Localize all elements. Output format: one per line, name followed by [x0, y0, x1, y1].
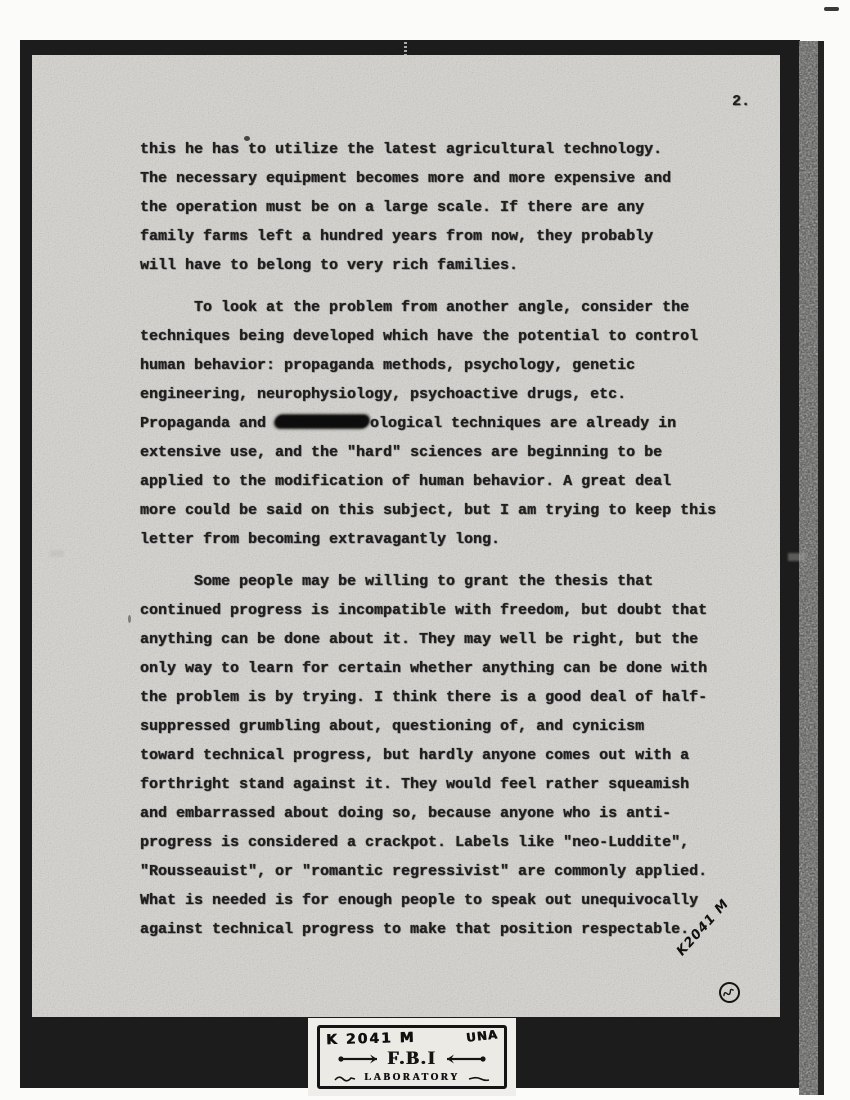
- typewritten-line: Propaganda and ological techniques are a…: [140, 409, 780, 438]
- typewritten-line: What is needed is for enough people to s…: [140, 886, 780, 915]
- left-edge-smudge: [50, 550, 64, 557]
- typewritten-line: the problem is by trying. I think there …: [140, 683, 780, 712]
- typewritten-line: Some people may be willing to grant the …: [140, 567, 780, 596]
- right-edge-smudge: [788, 553, 806, 561]
- typewritten-line: extensive use, and the "hard" sciences a…: [140, 438, 780, 467]
- typewritten-line: more could be said on this subject, but …: [140, 496, 780, 525]
- paper-sheet: 2. this he has to utilize the latest agr…: [32, 55, 780, 1017]
- redaction-bar: [274, 415, 370, 428]
- typewritten-line: this he has to utilize the latest agricu…: [140, 135, 780, 164]
- typewritten-line: progress is considered a crackpot. Label…: [140, 828, 780, 857]
- film-edge-strip: [799, 41, 818, 1095]
- ink-speck: [244, 136, 250, 141]
- paragraph: this he has to utilize the latest agricu…: [140, 135, 780, 280]
- typewritten-line: letter from becoming extravagantly long.: [140, 525, 780, 554]
- typewritten-line: human behavior: propaganda methods, psyc…: [140, 351, 780, 380]
- circled-examiner-mark: [716, 979, 743, 1006]
- typewritten-line: continued progress is incompatible with …: [140, 596, 780, 625]
- spear-right-icon: [439, 1053, 487, 1065]
- typewritten-line: only way to learn for certain whether an…: [140, 654, 780, 683]
- typewritten-line: and embarrassed about doing so, because …: [140, 799, 780, 828]
- typewritten-line: engineering, neurophysiology, psychoacti…: [140, 380, 780, 409]
- top-edge-registration-mark: [404, 42, 407, 57]
- top-right-dash-mark: [824, 7, 839, 11]
- page-number: 2.: [732, 93, 750, 110]
- stamp-unit-row: LABORATORY: [326, 1072, 498, 1083]
- typewritten-line: suppressed grumbling about, questioning …: [140, 712, 780, 741]
- typewritten-line: forthright stand against it. They would …: [140, 770, 780, 799]
- stamp-agency-row: F.B.I: [326, 1048, 498, 1070]
- handwritten-corner-note: K2041 M: [672, 923, 762, 1009]
- flourish-right-icon: [468, 1074, 490, 1082]
- scanned-document-page: 2. this he has to utilize the latest agr…: [0, 0, 850, 1100]
- typewritten-line: applied to the modification of human beh…: [140, 467, 780, 496]
- typewritten-line: techniques being developed which have th…: [140, 322, 780, 351]
- typewritten-line: To look at the problem from another angl…: [140, 293, 780, 322]
- film-edge-line: [818, 41, 824, 1095]
- typewritten-line: The necessary equipment becomes more and…: [140, 164, 780, 193]
- stamp-window: K 2041 M UNA F.B.I: [308, 1018, 516, 1096]
- typewritten-line: toward technical progress, but hardly an…: [140, 741, 780, 770]
- paragraph: Some people may be willing to grant the …: [140, 567, 780, 944]
- typewritten-line: the operation must be on a large scale. …: [140, 193, 780, 222]
- stamp-handwritten-row: K 2041 M UNA: [326, 1028, 498, 1048]
- spear-left-icon: [337, 1053, 385, 1065]
- stamp-specimen-id: K 2041 M: [326, 1030, 416, 1048]
- stamp-specimen-suffix: UNA: [465, 1027, 498, 1045]
- fbi-laboratory-stamp: K 2041 M UNA F.B.I: [317, 1025, 507, 1089]
- typewritten-line: "Rousseauist", or "romantic regressivist…: [140, 857, 780, 886]
- stamp-unit-label: LABORATORY: [364, 1072, 459, 1083]
- ink-speck: [128, 615, 131, 623]
- typewritten-text: this he has to utilize the latest agricu…: [140, 135, 780, 944]
- paragraph: To look at the problem from another angl…: [140, 293, 780, 554]
- typewritten-line: will have to belong to very rich familie…: [140, 251, 780, 280]
- flourish-left-icon: [334, 1074, 356, 1082]
- typewritten-line: family farms left a hundred years from n…: [140, 222, 780, 251]
- typewritten-line: anything can be done about it. They may …: [140, 625, 780, 654]
- stamp-agency-label: F.B.I: [387, 1048, 436, 1070]
